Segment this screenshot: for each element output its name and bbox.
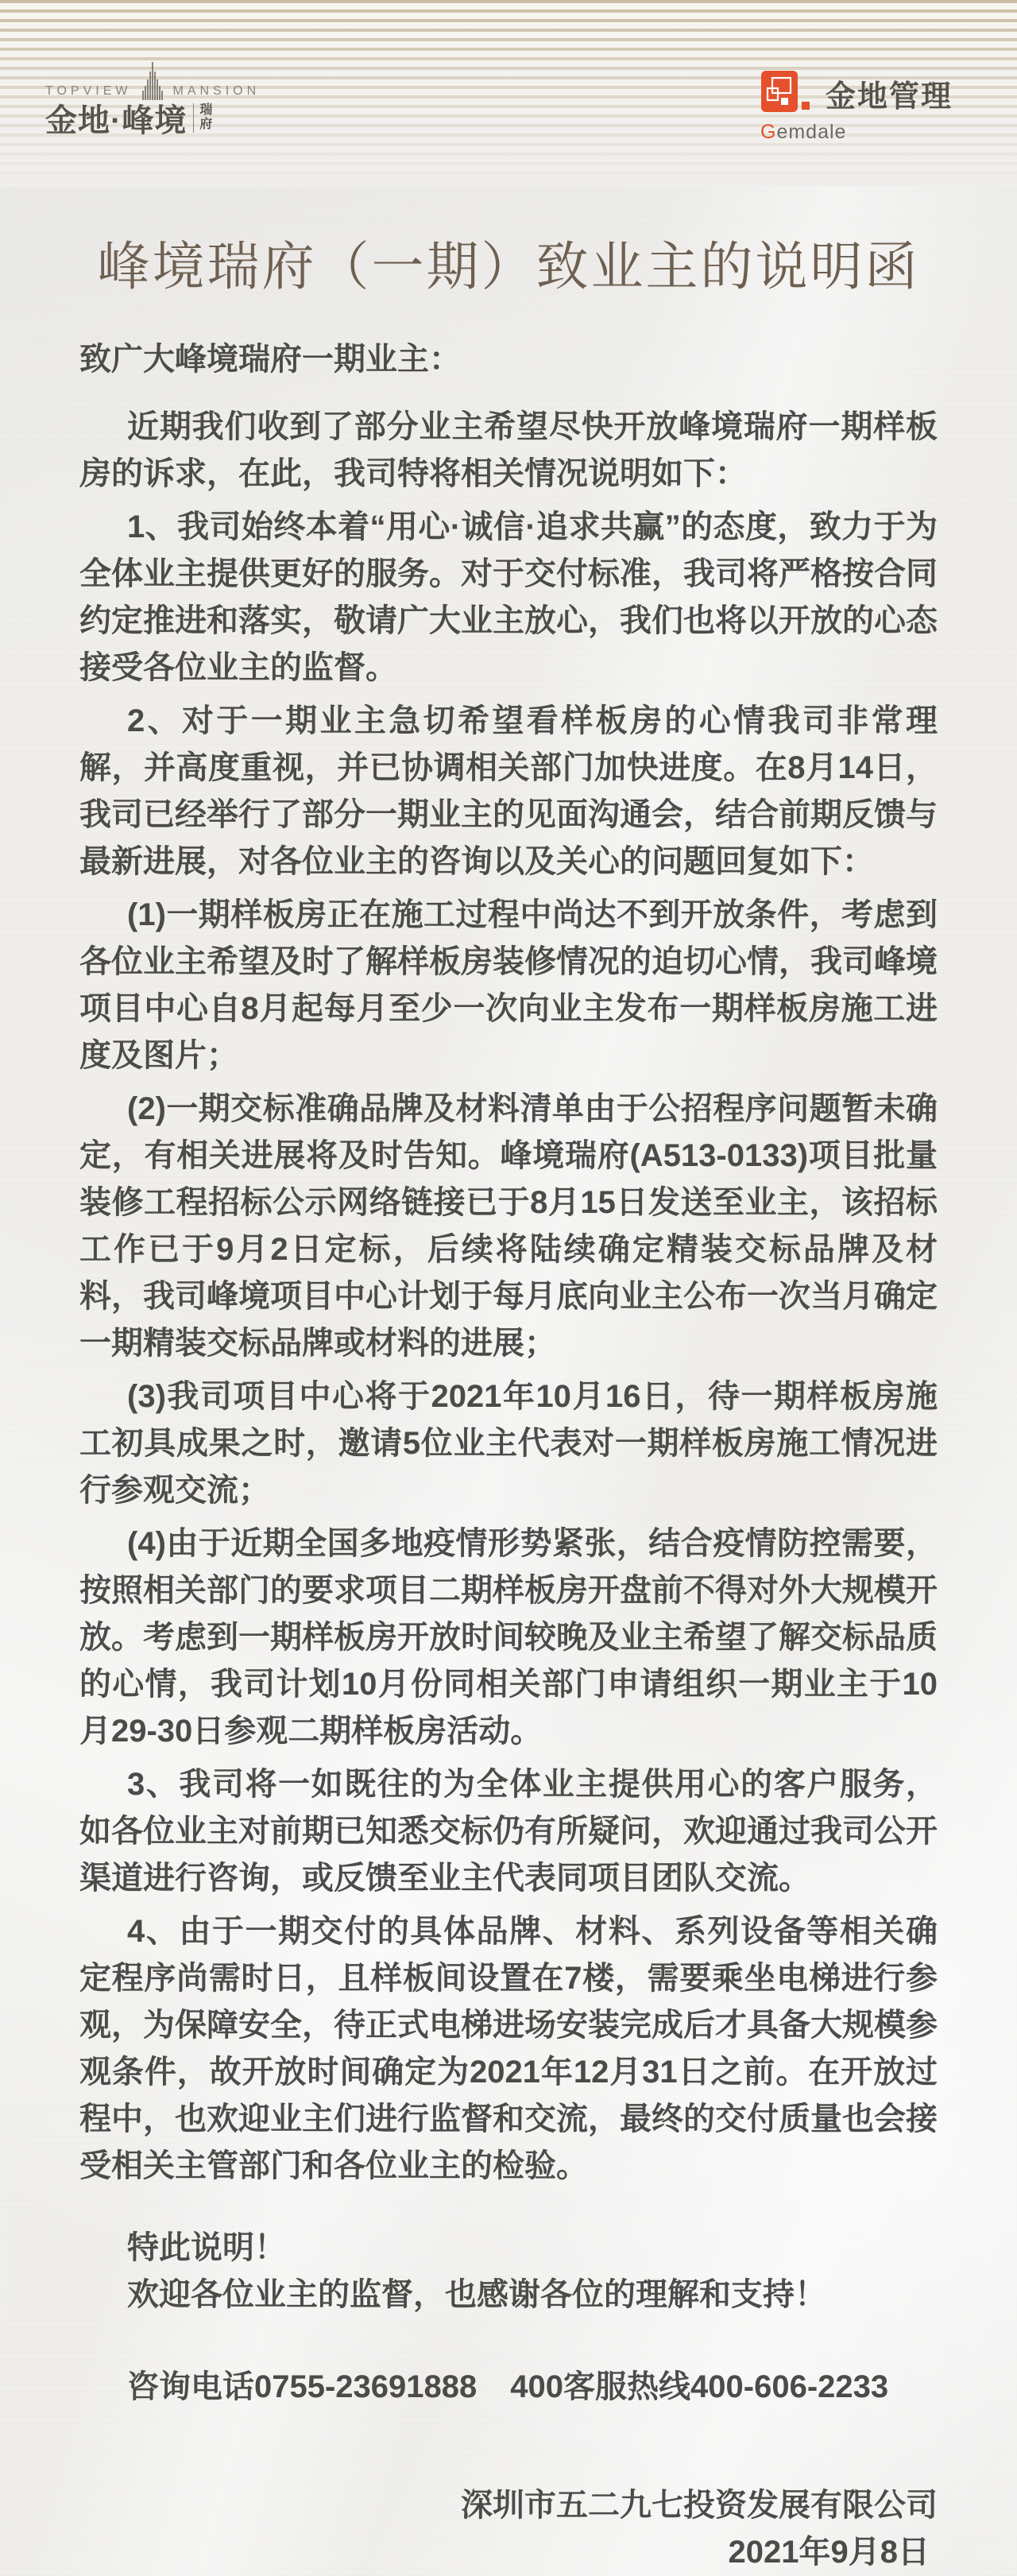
gemdale-logo-row: 金地管理 (760, 70, 963, 116)
salutation: 致广大峰境瑞府一期业主： (79, 336, 938, 383)
ruifu-badge: 瑞 府 (193, 103, 212, 133)
gemdale-rest: emdale (776, 121, 846, 143)
paragraph-item-4: 4、由于一期交付的具体品牌、材料、系列设备等相关确定程序尚需时日，且样板间设置在… (79, 1908, 938, 2190)
fengjing-wordmark: 金地·峰境 (45, 103, 187, 138)
page-title: 峰境瑞府（一期）致业主的说明函 (0, 233, 1017, 301)
company-name: 深圳市五二九七投资发展有限公司 (79, 2482, 938, 2529)
ruifu-char-2: 府 (199, 118, 212, 132)
closing-thanks: 欢迎各位业主的监督，也感谢各位的理解和支持！ (79, 2272, 938, 2318)
topview-wordmark: TOPVIEW (45, 84, 132, 100)
paragraph-sub-2: (2)一期交标准确品牌及材料清单由于公招程序问题暂未确定，有相关进展将及时告知。… (79, 1086, 938, 1367)
ruifu-char-1: 瑞 (199, 103, 212, 118)
logo-main-row: 金地·峰境 瑞 府 (45, 103, 260, 138)
gemdale-logo: 金地管理 Gemdale (760, 70, 963, 144)
letter-body: 致广大峰境瑞府一期业主： 近期我们收到了部分业主希望尽快开放峰境瑞府一期样板房的… (79, 336, 938, 2576)
header-stripe-band: TOPVIEW MANSION (0, 0, 1017, 187)
logo-top-row: TOPVIEW MANSION (45, 62, 260, 100)
topview-mansion-logo: TOPVIEW MANSION (45, 62, 260, 138)
paragraph-item-2: 2、对于一期业主急切希望看样板房的心情我司非常理解，并高度重视，并已协调相关部门… (79, 698, 938, 885)
closing-block: 特此说明！ 欢迎各位业主的监督，也感谢各位的理解和支持！ (79, 2225, 938, 2318)
signature-block: 深圳市五二九七投资发展有限公司 2021年9月8日 (79, 2482, 938, 2576)
letter-date: 2021年9月8日 (79, 2529, 938, 2576)
paragraph-item-3: 3、我司将一如既往的为全体业主提供用心的客户服务，如各位业主对前期已知悉交标仍有… (79, 1761, 938, 1902)
notice-letter-page: TOPVIEW MANSION (0, 0, 1017, 2576)
paragraph-item-1: 1、我司始终本着“用心·诚信·追求共赢”的态度，致力于为全体业主提供更好的服务。… (79, 504, 938, 691)
gemdale-cn-wordmark: 金地管理 (826, 72, 953, 115)
gemdale-mark-icon (760, 70, 810, 116)
paragraph-sub-4: (4)由于近期全国多地疫情形势紧张，结合疫情防控需要，按照相关部门的要求项目二期… (79, 1520, 938, 1755)
mansion-wordmark: MANSION (173, 84, 261, 100)
consult-phone: 咨询电话0755-23691888 (127, 2369, 477, 2404)
contact-line: 咨询电话0755-23691888400客服热线400-606-2233 (79, 2364, 938, 2411)
paragraph-block: 近期我们收到了部分业主希望尽快开放峰境瑞府一期样板房的诉求，在此，我司特将相关情… (79, 404, 938, 2190)
closing-statement: 特此说明！ (79, 2225, 938, 2272)
paragraph-sub-1: (1)一期样板房正在施工过程中尚达不到开放条件，考虑到各位业主希望及时了解样板房… (79, 892, 938, 1079)
tower-icon (141, 62, 164, 100)
service-hotline: 400客服热线400-606-2233 (510, 2369, 888, 2404)
gemdale-en-wordmark: Gemdale (760, 121, 963, 144)
gemdale-initial: G (760, 121, 776, 143)
paragraph-intro: 近期我们收到了部分业主希望尽快开放峰境瑞府一期样板房的诉求，在此，我司特将相关情… (79, 404, 938, 498)
paragraph-sub-3: (3)我司项目中心将于2021年10月16日，待一期样板房施工初具成果之时，邀请… (79, 1373, 938, 1514)
